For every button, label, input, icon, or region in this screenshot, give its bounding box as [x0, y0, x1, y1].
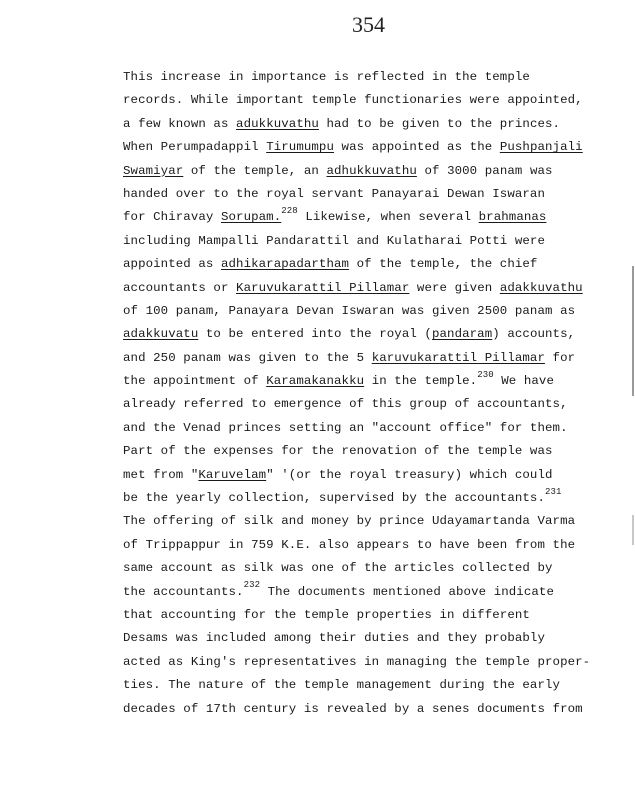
underlined-term: adhikarapadartham: [221, 257, 349, 271]
text-run: ties. The nature of the temple managemen…: [123, 678, 560, 692]
margin-scan-mark: [632, 266, 634, 396]
text-line: for Chiravay Sorupam.228 Likewise, when …: [123, 206, 623, 229]
text-run: We have: [494, 374, 554, 388]
text-run: that accounting for the temple propertie…: [123, 608, 530, 622]
footnote-ref: 232: [244, 580, 261, 590]
footnote-ref: 228: [281, 206, 298, 216]
underlined-term: Pushpanjali: [500, 140, 583, 154]
text-run: " '(or the royal treasury) which could: [266, 468, 552, 482]
underlined-term: Karuvukarattil Pillamar: [236, 281, 409, 295]
text-line: Desams was included among their duties a…: [123, 627, 623, 650]
text-run: accountants or: [123, 281, 236, 295]
text-line: the accountants.232 The documents mentio…: [123, 581, 623, 604]
underlined-term: adakkuvathu: [500, 281, 583, 295]
text-run: a few known as: [123, 117, 236, 131]
text-run: and 250 panam was given to the 5: [123, 351, 372, 365]
text-run: handed over to the royal servant Panayar…: [123, 187, 545, 201]
text-run: were given: [409, 281, 499, 295]
text-line: that accounting for the temple propertie…: [123, 604, 623, 627]
text-line: accountants or Karuvukarattil Pillamar w…: [123, 277, 623, 300]
text-line: acted as King's representatives in manag…: [123, 651, 623, 674]
text-line: adakkuvatu to be entered into the royal …: [123, 323, 623, 346]
text-run: The documents mentioned above indicate: [260, 585, 554, 599]
text-line: of 100 panam, Panayara Devan Iswaran was…: [123, 300, 623, 323]
underlined-term: pandaram: [432, 327, 492, 341]
margin-scan-mark: [632, 515, 634, 545]
text-line: Swamiyar of the temple, an adhukkuvathu …: [123, 160, 623, 183]
text-run: records. While important temple function…: [123, 93, 583, 107]
text-line: and 250 panam was given to the 5 karuvuk…: [123, 347, 623, 370]
underlined-term: adukkuvathu: [236, 117, 319, 131]
text-run: of 100 panam, Panayara Devan Iswaran was…: [123, 304, 575, 318]
text-line: same account as silk was one of the arti…: [123, 557, 623, 580]
text-run: in the temple.: [364, 374, 477, 388]
text-run: the accountants.: [123, 585, 244, 599]
text-line: including Mampalli Pandarattil and Kulat…: [123, 230, 623, 253]
text-run: of the temple, an: [183, 164, 326, 178]
text-run: When Perumpadappil: [123, 140, 266, 154]
text-run: already referred to emergence of this gr…: [123, 397, 568, 411]
text-run: acted as King's representatives in manag…: [123, 655, 590, 669]
text-line: the appointment of Karamakanakku in the …: [123, 370, 623, 393]
text-run: same account as silk was one of the arti…: [123, 561, 553, 575]
underlined-term: adakkuvatu: [123, 327, 198, 341]
text-run: of Trippappur in 759 K.E. also appears t…: [123, 538, 575, 552]
text-run: to be entered into the royal (: [198, 327, 432, 341]
underlined-term: Karamakanakku: [266, 374, 364, 388]
text-run: Likewise, when several: [298, 210, 479, 224]
text-line: decades of 17th century is revealed by a…: [123, 698, 623, 721]
text-line: ties. The nature of the temple managemen…: [123, 674, 623, 697]
text-run: the appointment of: [123, 374, 266, 388]
text-line: met from "Karuvelam" '(or the royal trea…: [123, 464, 623, 487]
underlined-term: adhukkuvathu: [326, 164, 416, 178]
text-line: a few known as adukkuvathu had to be giv…: [123, 113, 623, 136]
text-line: of Trippappur in 759 K.E. also appears t…: [123, 534, 623, 557]
text-run: including Mampalli Pandarattil and Kulat…: [123, 234, 545, 248]
underlined-term: brahmanas: [479, 210, 547, 224]
body-paragraph: This increase in importance is reflected…: [123, 66, 623, 721]
text-run: for: [545, 351, 575, 365]
text-run: Part of the expenses for the renovation …: [123, 444, 553, 458]
text-line: be the yearly collection, supervised by …: [123, 487, 623, 510]
text-run: for Chiravay: [123, 210, 221, 224]
underlined-term: karuvukarattil Pillamar: [372, 351, 545, 365]
text-line: and the Venad princes setting an "accoun…: [123, 417, 623, 440]
text-line: Part of the expenses for the renovation …: [123, 440, 623, 463]
text-run: met from ": [123, 468, 198, 482]
underlined-term: Tirumumpu: [266, 140, 334, 154]
text-line: already referred to emergence of this gr…: [123, 393, 623, 416]
text-run: had to be given to the princes.: [319, 117, 560, 131]
text-line: appointed as adhikarapadartham of the te…: [123, 253, 623, 276]
text-run: appointed as: [123, 257, 221, 271]
text-run: Desams was included among their duties a…: [123, 631, 545, 645]
text-run: of 3000 panam was: [417, 164, 553, 178]
text-line: handed over to the royal servant Panayar…: [123, 183, 623, 206]
text-run: The offering of silk and money by prince…: [123, 514, 575, 528]
underlined-term: Sorupam.: [221, 210, 281, 224]
text-run: be the yearly collection, supervised by …: [123, 491, 545, 505]
text-line: records. While important temple function…: [123, 89, 623, 112]
text-run: This increase in importance is reflected…: [123, 70, 530, 84]
text-run: decades of 17th century is revealed by a…: [123, 702, 583, 716]
page-number: 354: [352, 12, 385, 38]
underlined-term: Karuvelam: [198, 468, 266, 482]
text-line: The offering of silk and money by prince…: [123, 510, 623, 533]
text-run: of the temple, the chief: [349, 257, 537, 271]
text-run: ) accounts,: [492, 327, 575, 341]
text-line: This increase in importance is reflected…: [123, 66, 623, 89]
text-line: When Perumpadappil Tirumumpu was appoint…: [123, 136, 623, 159]
text-run: was appointed as the: [334, 140, 500, 154]
underlined-term: Swamiyar: [123, 164, 183, 178]
footnote-ref: 230: [477, 370, 494, 380]
text-run: and the Venad princes setting an "accoun…: [123, 421, 568, 435]
footnote-ref: 231: [545, 487, 562, 497]
